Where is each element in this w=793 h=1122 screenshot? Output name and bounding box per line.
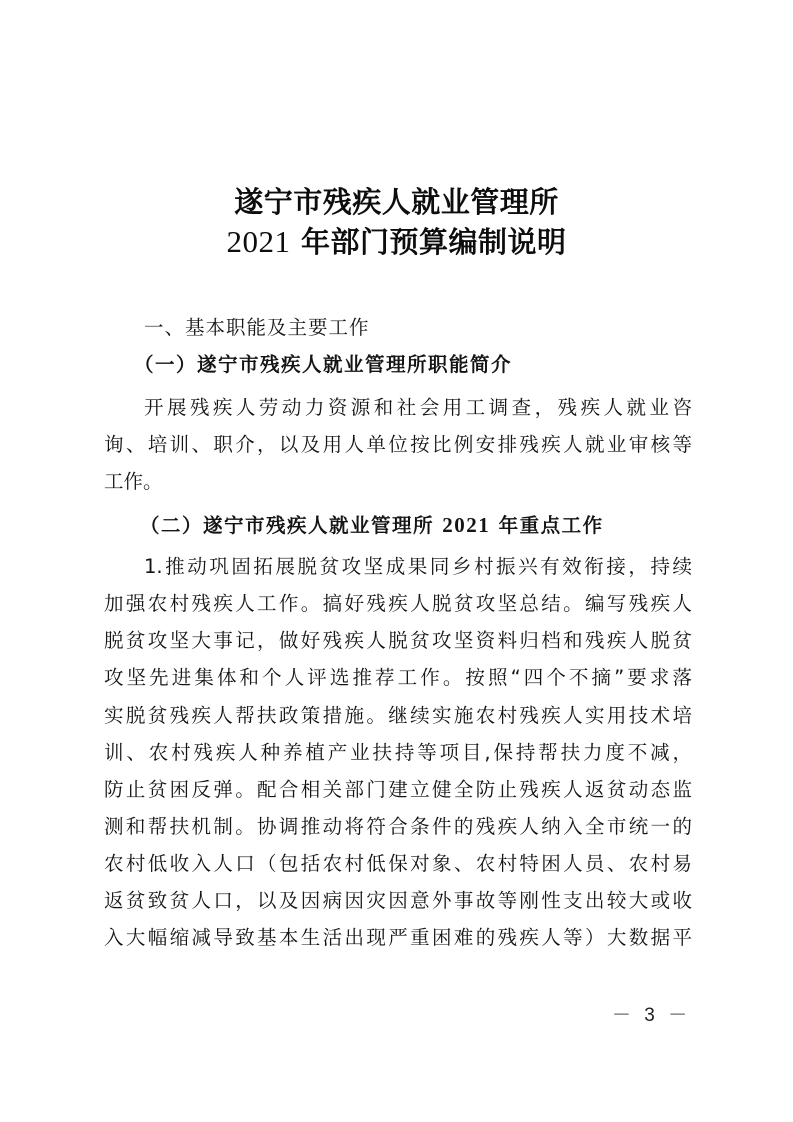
heading-prefix: （二）遂宁市残疾人就业管理所 xyxy=(140,514,442,537)
document-title-line1: 遂宁市残疾人就业管理所 xyxy=(0,184,793,220)
paragraph-line: 返贫致贫人口，以及因病因灾因意外事故等刚性支出较大或收 xyxy=(104,888,692,914)
paragraph-line: 测和帮扶机制。协调推动将符合条件的残疾人纳入全市统一的 xyxy=(104,814,692,840)
document-title-line2: 2021 年部门预算编制说明 xyxy=(0,224,793,260)
page-number: － 3 － xyxy=(612,1000,691,1027)
paragraph-line: 训、农村残疾人种养植产业扶持等项目,保持帮扶力度不减， xyxy=(104,740,692,766)
heading-suffix: 年重点工作 xyxy=(490,514,603,537)
paragraph-line: 加强农村残疾人工作。搞好残疾人脱贫攻坚总结。编写残疾人 xyxy=(104,591,692,617)
paragraph-line: 实脱贫残疾人帮扶政策措施。继续实施农村残疾人实用技术培 xyxy=(104,703,692,729)
heading-year: 2021 xyxy=(442,513,490,537)
paragraph-line: 防止贫困反弹。配合相关部门建立健全防止残疾人返贫动态监 xyxy=(104,777,692,803)
paragraph-line: 工作。 xyxy=(104,469,692,495)
subsection-heading-key-work: （二）遂宁市残疾人就业管理所 2021 年重点工作 xyxy=(140,512,728,539)
title-year: 2021 xyxy=(226,224,290,259)
paragraph-line: 入大幅缩减导致基本生活出现严重困难的残疾人等）大数据平 xyxy=(104,925,692,951)
paragraph-line: 农村低收入人口（包括农村低保对象、农村特困人员、农村易 xyxy=(104,851,692,877)
title-subtitle: 年部门预算编制说明 xyxy=(290,225,566,259)
paragraph-line: 开展残疾人劳动力资源和社会用工调查，残疾人就业咨 xyxy=(144,395,692,421)
paragraph-line: 1.推动巩固拓展脱贫攻坚成果同乡村振兴有效衔接，持续 xyxy=(144,554,692,580)
paragraph-line: 脱贫攻坚大事记，做好残疾人脱贫攻坚资料归档和残疾人脱贫 xyxy=(104,628,692,654)
paragraph-line: 攻坚先进集体和个人评选推荐工作。按照“四个不摘”要求落 xyxy=(104,665,692,691)
document-page: 遂宁市残疾人就业管理所 2021 年部门预算编制说明 一、基本职能及主要工作 （… xyxy=(0,0,793,1122)
section-heading-basic-functions: 一、基本职能及主要工作 xyxy=(144,315,732,341)
subsection-heading-function-intro: （一）遂宁市残疾人就业管理所职能简介 xyxy=(134,352,722,378)
paragraph-line: 询、培训、职介，以及用人单位按比例安排残疾人就业审核等 xyxy=(104,432,692,458)
